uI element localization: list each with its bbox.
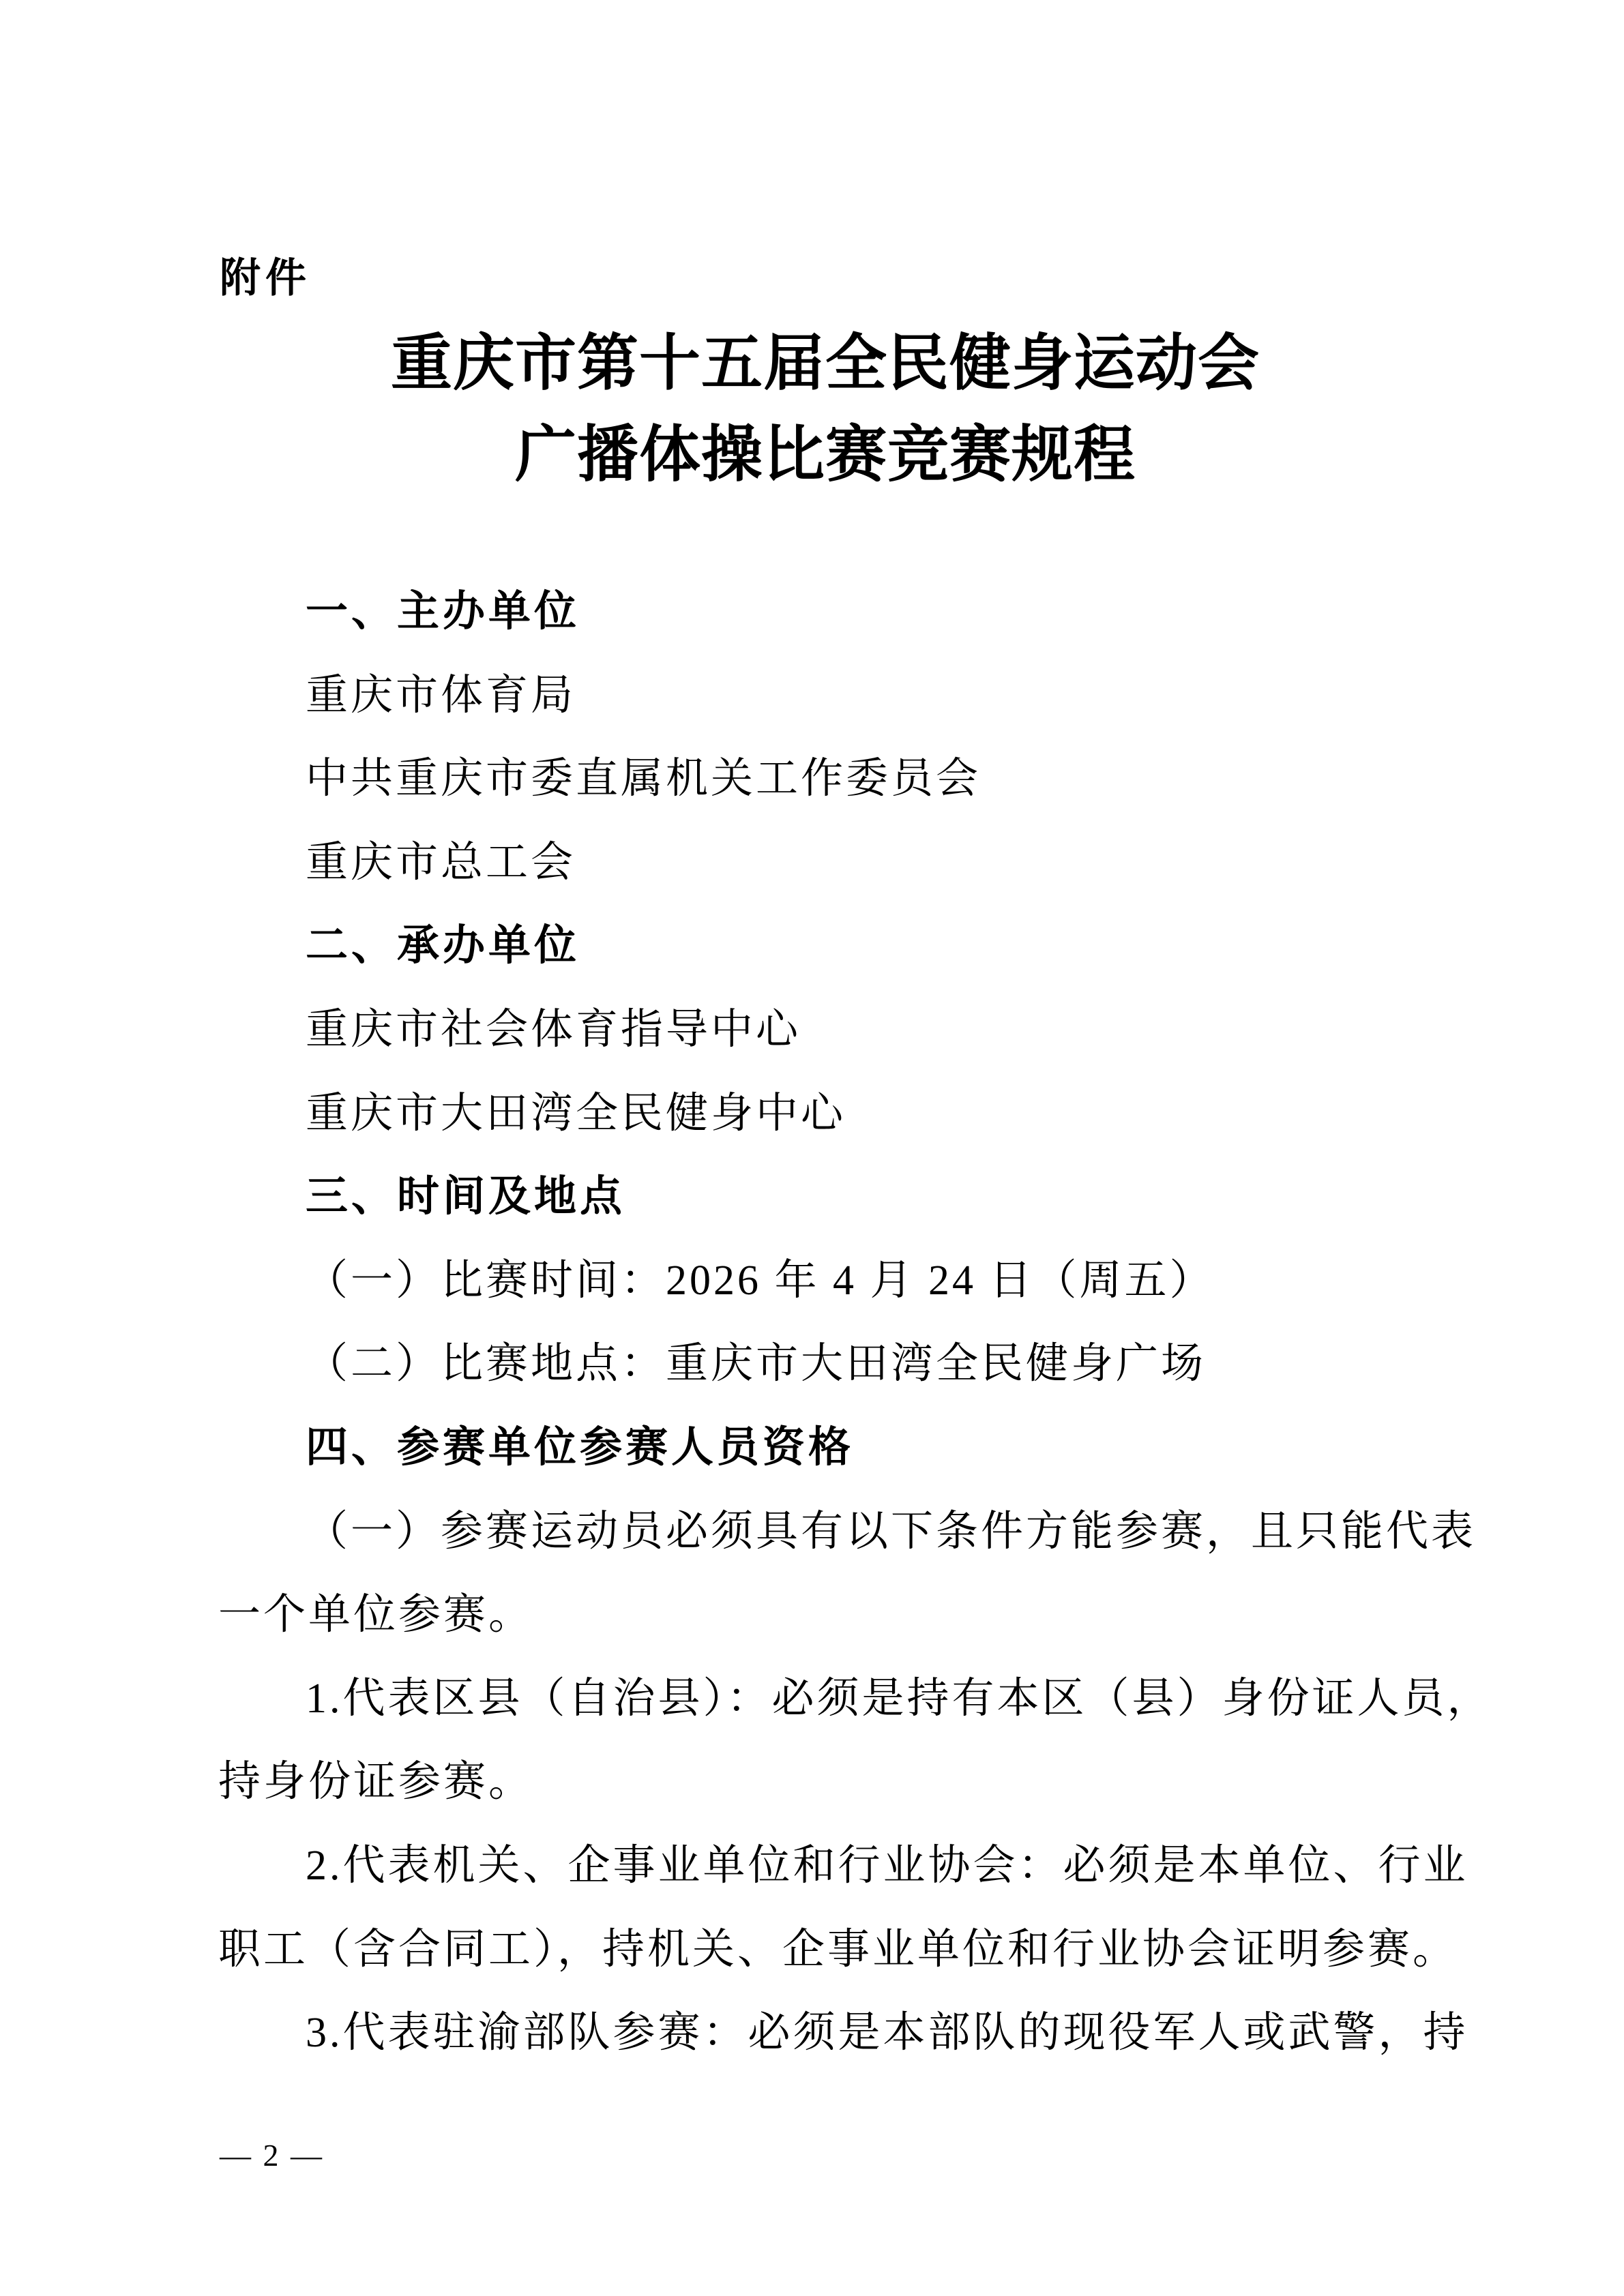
doc-title-line-2: 广播体操比赛竞赛规程 [218,423,1432,488]
doc-title-line-1: 重庆市第十五届全民健身运动会 [218,331,1432,396]
text-line: 3.代表驻渝部队参赛：必须是本部队的现役军人或武警，持 [218,1991,1436,2075]
document-body: 一、主办单位重庆市体育局中共重庆市委直属机关工作委员会重庆市总工会二、承办单位重… [218,570,1436,2075]
text-line: 职工（含合同工），持机关、企事业单位和行业协会证明参赛。 [218,1908,1436,1992]
attachment-label: 附件 [220,258,311,299]
page-number: — 2 — [220,2140,324,2171]
section-heading: 三、时间及地点 [218,1155,1436,1239]
text-line: （一）比赛时间：2026 年 4 月 24 日（周五） [218,1239,1436,1323]
document-page: 附件 重庆市第十五届全民健身运动会 广播体操比赛竞赛规程 一、主办单位重庆市体育… [0,0,1624,2296]
text-line: 1.代表区县（自治县）：必须是持有本区（县）身份证人员， [218,1657,1436,1741]
text-line: 重庆市大田湾全民健身中心 [218,1072,1436,1156]
text-line: 2.代表机关、企事业单位和行业协会：必须是本单位、行业 [218,1824,1436,1908]
text-line: （二）比赛地点：重庆市大田湾全民健身广场 [218,1322,1436,1406]
text-line: 中共重庆市委直属机关工作委员会 [218,737,1436,821]
section-heading: 二、承办单位 [218,904,1436,988]
text-line: （一）参赛运动员必须具有以下条件方能参赛，且只能代表 [218,1490,1436,1574]
text-line: 持身份证参赛。 [218,1740,1436,1824]
section-heading: 一、主办单位 [218,570,1436,654]
text-line: 重庆市总工会 [218,821,1436,905]
text-line: 一个单位参赛。 [218,1573,1436,1657]
text-line: 重庆市社会体育指导中心 [218,988,1436,1072]
section-heading: 四、参赛单位参赛人员资格 [218,1406,1436,1490]
text-line: 重庆市体育局 [218,654,1436,738]
